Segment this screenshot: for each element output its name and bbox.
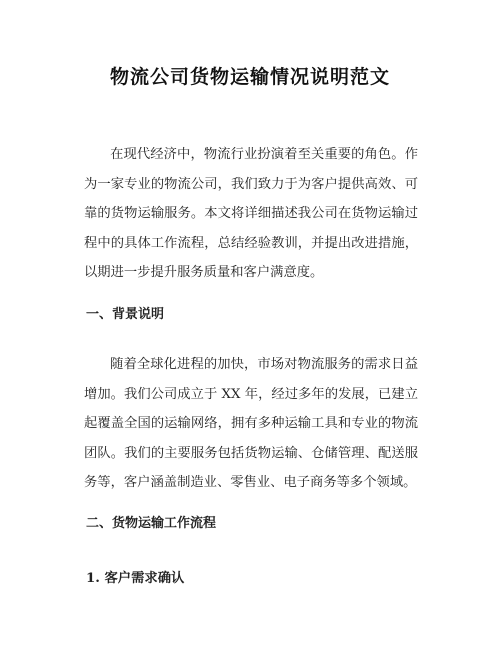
- intro-paragraph: 在现代经济中，物流行业扮演着至关重要的角色。作为一家专业的物流公司，我们致力于为…: [84, 140, 418, 288]
- background-paragraph: 随着全球化进程的加快，市场对物流服务的需求日益增加。我们公司成立于 XX 年，经…: [84, 350, 418, 498]
- subsection-heading-customer-needs: 1. 客户需求确认: [86, 567, 184, 586]
- section-heading-background: 一、背景说明: [86, 303, 164, 322]
- document-title: 物流公司货物运输情况说明范文: [0, 62, 500, 89]
- background-paragraph-text: 随着全球化进程的加快，市场对物流服务的需求日益增加。我们公司成立于 XX 年，经…: [84, 357, 418, 490]
- section-heading-workflow: 二、货物运输工作流程: [86, 512, 216, 531]
- document-page: 物流公司货物运输情况说明范文 在现代经济中，物流行业扮演着至关重要的角色。作为一…: [0, 0, 500, 647]
- intro-paragraph-text: 在现代经济中，物流行业扮演着至关重要的角色。作为一家专业的物流公司，我们致力于为…: [84, 147, 418, 280]
